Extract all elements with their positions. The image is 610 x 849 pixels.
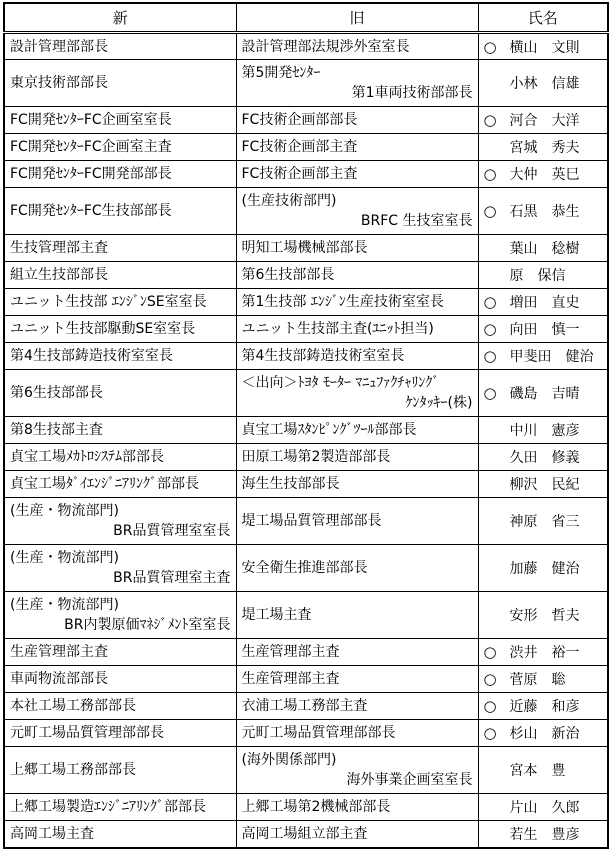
new-position-cell: 高岡工場主査 bbox=[4, 821, 236, 848]
old-position-cell: 上郷工場第2機械部部長 bbox=[236, 794, 478, 821]
new-position-cell-line: 元町工場品質管理部部長 bbox=[10, 723, 231, 743]
new-position-cell: 車両物流部部長 bbox=[4, 666, 236, 693]
old-position-cell: 明知工場機械部部長 bbox=[236, 235, 478, 262]
table-row: 本社工場工務部部長衣浦工場工務部主査○近藤 和彦 bbox=[4, 693, 608, 720]
old-position-cell-line: 明知工場機械部部長 bbox=[242, 238, 473, 258]
table-row: FC開発ｾﾝﾀｰFC開発部部長FC技術企画部主査○大仲 英巳 bbox=[4, 161, 608, 188]
name-cell: 神原 省三 bbox=[478, 498, 608, 545]
old-position-cell-line: 衣浦工場工務部主査 bbox=[242, 696, 473, 716]
old-position-cell-line: ｹﾝﾀｯｷｰ(株) bbox=[242, 393, 473, 413]
header-name: 氏名 bbox=[478, 3, 608, 33]
name-cell: 葉山 稔樹 bbox=[478, 235, 608, 262]
old-position-cell-line: 高岡工場組立部主査 bbox=[242, 824, 473, 844]
old-position-cell: 海生生技部部長 bbox=[236, 471, 478, 498]
old-position-cell: FC技術企画部部長 bbox=[236, 107, 478, 134]
new-position-cell-line: 高岡工場主査 bbox=[10, 824, 231, 844]
table-row: 上郷工場製造ｴﾝｼﾞﾆｱﾘﾝｸﾞ部部長上郷工場第2機械部部長片山 久郎 bbox=[4, 794, 608, 821]
old-position-cell-line: BRFC 生技室室長 bbox=[242, 211, 473, 231]
new-position-cell-line: 第4生技部鋳造技術室室長 bbox=[10, 346, 231, 366]
name-cell: ○大仲 英巳 bbox=[478, 161, 608, 188]
name-cell: ○磯島 吉晴 bbox=[478, 370, 608, 417]
old-position-cell-line: 第6生技部部長 bbox=[242, 265, 473, 285]
name-cell: ○向田 慎一 bbox=[478, 316, 608, 343]
promotion-circle-icon: ○ bbox=[484, 670, 510, 688]
table-row: FC開発ｾﾝﾀｰFC生技部部長(生産技術部門)BRFC 生技室室長○石黒 恭生 bbox=[4, 188, 608, 235]
new-position-cell-line: 東京技術部部長 bbox=[10, 73, 231, 93]
person-name: 宮城 秀夫 bbox=[510, 137, 580, 157]
name-cell: 安形 哲夫 bbox=[478, 592, 608, 639]
promotion-circle-icon: ○ bbox=[484, 384, 510, 402]
new-position-cell: 組立生技部部長 bbox=[4, 262, 236, 289]
header-row: 新 旧 氏名 bbox=[4, 3, 608, 33]
old-position-cell-line: 田原工場第2製造部部長 bbox=[242, 447, 473, 467]
new-position-cell-line: (生産・物流部門) bbox=[10, 548, 231, 568]
table-row: 貞宝工場ﾒｶﾄﾛｼｽﾃﾑ部部長田原工場第2製造部部長久田 修義 bbox=[4, 444, 608, 471]
new-position-cell: FC開発ｾﾝﾀｰFC開発部部長 bbox=[4, 161, 236, 188]
table-row: 車両物流部部長生産管理部主査○菅原 聡 bbox=[4, 666, 608, 693]
old-position-cell: FC技術企画部主査 bbox=[236, 161, 478, 188]
old-position-cell-line: 設計管理部法規渉外室室長 bbox=[242, 37, 473, 57]
person-name: 磯島 吉晴 bbox=[510, 383, 580, 403]
new-position-cell-line: FC開発ｾﾝﾀｰFC開発部部長 bbox=[10, 164, 231, 184]
name-cell: ○石黒 恭生 bbox=[478, 188, 608, 235]
name-cell: 片山 久郎 bbox=[478, 794, 608, 821]
old-position-cell: ユニット生技部主査(ﾕﾆｯﾄ担当) bbox=[236, 316, 478, 343]
new-position-cell: FC開発ｾﾝﾀｰFC生技部部長 bbox=[4, 188, 236, 235]
personnel-table: 新 旧 氏名 設計管理部部長設計管理部法規渉外室室長○横山 文則東京技術部部長第… bbox=[3, 2, 609, 849]
person-name: 宮本 豊 bbox=[510, 760, 566, 780]
old-position-cell-line: 堤工場主査 bbox=[242, 605, 473, 625]
table-row: 高岡工場主査高岡工場組立部主査若生 豊彦 bbox=[4, 821, 608, 848]
new-position-cell-line: 貞宝工場ﾀﾞｲｴﾝｼﾞﾆｱﾘﾝｸﾞ部部長 bbox=[10, 474, 231, 494]
new-position-cell-line: 上郷工場製造ｴﾝｼﾞﾆｱﾘﾝｸﾞ部部長 bbox=[10, 797, 231, 817]
old-position-cell: 安全衛生推進部部長 bbox=[236, 545, 478, 592]
person-name: 増田 直史 bbox=[510, 292, 580, 312]
new-position-cell: 元町工場品質管理部部長 bbox=[4, 720, 236, 747]
promotion-circle-icon: ○ bbox=[484, 320, 510, 338]
table-row: 第8生技部主査貞宝工場ｽﾀﾝﾋﾟﾝｸﾞﾂｰﾙ部部長中川 憲彦 bbox=[4, 417, 608, 444]
table-row: 組立生技部部長第6生技部部長原 保信 bbox=[4, 262, 608, 289]
new-position-cell-line: BR内製原価ﾏﾈｼﾞﾒﾝﾄ室室長 bbox=[10, 615, 231, 635]
header-old: 旧 bbox=[236, 3, 478, 33]
name-cell: 中川 憲彦 bbox=[478, 417, 608, 444]
new-position-cell-line: 上郷工場工務部部長 bbox=[10, 760, 231, 780]
name-cell: 原 保信 bbox=[478, 262, 608, 289]
old-position-cell-line: 生産管理部主査 bbox=[242, 669, 473, 689]
old-position-cell-line: 上郷工場第2機械部部長 bbox=[242, 797, 473, 817]
table-row: 貞宝工場ﾀﾞｲｴﾝｼﾞﾆｱﾘﾝｸﾞ部部長海生生技部部長柳沢 民紀 bbox=[4, 471, 608, 498]
new-position-cell-line: FC開発ｾﾝﾀｰFC企画室室長 bbox=[10, 110, 231, 130]
new-position-cell-line: 本社工場工務部部長 bbox=[10, 696, 231, 716]
new-position-cell-line: ユニット生技部 ｴﾝｼﾞﾝSE室室長 bbox=[10, 292, 231, 312]
person-name: 原 保信 bbox=[510, 265, 566, 285]
new-position-cell: 貞宝工場ﾀﾞｲｴﾝｼﾞﾆｱﾘﾝｸﾞ部部長 bbox=[4, 471, 236, 498]
person-name: 安形 哲夫 bbox=[510, 605, 580, 625]
new-position-cell: 生産管理部主査 bbox=[4, 639, 236, 666]
person-name: 片山 久郎 bbox=[510, 797, 580, 817]
old-position-cell-line: (生産技術部門) bbox=[242, 191, 473, 211]
old-position-cell-line: 第1車両技術部部長 bbox=[242, 83, 473, 103]
new-position-cell: (生産・物流部門)BR内製原価ﾏﾈｼﾞﾒﾝﾄ室室長 bbox=[4, 592, 236, 639]
table-row: ユニット生技部駆動SE室室長ユニット生技部主査(ﾕﾆｯﾄ担当)○向田 慎一 bbox=[4, 316, 608, 343]
new-position-cell: 上郷工場製造ｴﾝｼﾞﾆｱﾘﾝｸﾞ部部長 bbox=[4, 794, 236, 821]
name-cell: ○菅原 聡 bbox=[478, 666, 608, 693]
person-name: 中川 憲彦 bbox=[510, 420, 580, 440]
name-cell: 小林 信雄 bbox=[478, 60, 608, 107]
old-position-cell: ＜出向＞ﾄﾖﾀ ﾓｰﾀｰ ﾏﾆｭﾌｧｸﾁｬﾘﾝｸﾞｹﾝﾀｯｷｰ(株) bbox=[236, 370, 478, 417]
promotion-circle-icon: ○ bbox=[484, 724, 510, 742]
old-position-cell: 第1生技部 ｴﾝｼﾞﾝ生産技術室室長 bbox=[236, 289, 478, 316]
new-position-cell-line: 第8生技部主査 bbox=[10, 420, 231, 440]
name-cell: ○杉山 新治 bbox=[478, 720, 608, 747]
old-position-cell-line: ユニット生技部主査(ﾕﾆｯﾄ担当) bbox=[242, 319, 473, 339]
old-position-cell: 衣浦工場工務部主査 bbox=[236, 693, 478, 720]
old-position-cell-line: 元町工場品質管理部部長 bbox=[242, 723, 473, 743]
new-position-cell-line: BR品質管理室主査 bbox=[10, 568, 231, 588]
new-position-cell-line: BR品質管理室室長 bbox=[10, 521, 231, 541]
old-position-cell: 高岡工場組立部主査 bbox=[236, 821, 478, 848]
table-row: 東京技術部部長第5開発ｾﾝﾀｰ第1車両技術部部長小林 信雄 bbox=[4, 60, 608, 107]
table-row: FC開発ｾﾝﾀｰFC企画室室長FC技術企画部部長○河合 大洋 bbox=[4, 107, 608, 134]
old-position-cell-line: 第4生技部鋳造技術室室長 bbox=[242, 346, 473, 366]
new-position-cell: 貞宝工場ﾒｶﾄﾛｼｽﾃﾑ部部長 bbox=[4, 444, 236, 471]
old-position-cell-line: 海生生技部部長 bbox=[242, 474, 473, 494]
old-position-cell-line: FC技術企画部主査 bbox=[242, 137, 473, 157]
new-position-cell-line: 生産管理部主査 bbox=[10, 642, 231, 662]
new-position-cell-line: 貞宝工場ﾒｶﾄﾛｼｽﾃﾑ部部長 bbox=[10, 447, 231, 467]
old-position-cell: 堤工場品質管理部部長 bbox=[236, 498, 478, 545]
name-cell: 宮本 豊 bbox=[478, 747, 608, 794]
table-row: FC開発ｾﾝﾀｰFC企画室主査FC技術企画部主査宮城 秀夫 bbox=[4, 134, 608, 161]
table-row: (生産・物流部門)BR品質管理室室長堤工場品質管理部部長神原 省三 bbox=[4, 498, 608, 545]
old-position-cell: FC技術企画部主査 bbox=[236, 134, 478, 161]
old-position-cell: 第4生技部鋳造技術室室長 bbox=[236, 343, 478, 370]
new-position-cell-line: FC開発ｾﾝﾀｰFC生技部部長 bbox=[10, 201, 231, 221]
person-name: 加藤 健治 bbox=[510, 558, 580, 578]
person-name: 石黒 恭生 bbox=[510, 201, 580, 221]
promotion-circle-icon: ○ bbox=[484, 111, 510, 129]
old-position-cell-line: (海外関係部門) bbox=[242, 750, 473, 770]
new-position-cell: 生技管理部主査 bbox=[4, 235, 236, 262]
old-position-cell: 設計管理部法規渉外室室長 bbox=[236, 33, 478, 60]
promotion-circle-icon: ○ bbox=[484, 347, 510, 365]
person-name: 河合 大洋 bbox=[510, 110, 580, 130]
personnel-change-table-page: 新 旧 氏名 設計管理部部長設計管理部法規渉外室室長○横山 文則東京技術部部長第… bbox=[0, 0, 610, 847]
person-name: 甲斐田 健治 bbox=[510, 346, 594, 366]
old-position-cell: 生産管理部主査 bbox=[236, 666, 478, 693]
table-body: 設計管理部部長設計管理部法規渉外室室長○横山 文則東京技術部部長第5開発ｾﾝﾀｰ… bbox=[4, 33, 608, 848]
table-row: 第4生技部鋳造技術室室長第4生技部鋳造技術室室長○甲斐田 健治 bbox=[4, 343, 608, 370]
new-position-cell: ユニット生技部 ｴﾝｼﾞﾝSE室室長 bbox=[4, 289, 236, 316]
new-position-cell: FC開発ｾﾝﾀｰFC企画室主査 bbox=[4, 134, 236, 161]
new-position-cell: FC開発ｾﾝﾀｰFC企画室室長 bbox=[4, 107, 236, 134]
name-cell: ○甲斐田 健治 bbox=[478, 343, 608, 370]
name-cell: 宮城 秀夫 bbox=[478, 134, 608, 161]
person-name: 横山 文則 bbox=[510, 37, 580, 57]
promotion-circle-icon: ○ bbox=[484, 643, 510, 661]
name-cell: ○横山 文則 bbox=[478, 33, 608, 60]
new-position-cell-line: 組立生技部部長 bbox=[10, 265, 231, 285]
new-position-cell: 第4生技部鋳造技術室室長 bbox=[4, 343, 236, 370]
new-position-cell: 第6生技部部長 bbox=[4, 370, 236, 417]
new-position-cell: 上郷工場工務部部長 bbox=[4, 747, 236, 794]
new-position-cell: 東京技術部部長 bbox=[4, 60, 236, 107]
new-position-cell: 第8生技部主査 bbox=[4, 417, 236, 444]
old-position-cell-line: 堤工場品質管理部部長 bbox=[242, 511, 473, 531]
new-position-cell-line: 第6生技部部長 bbox=[10, 383, 231, 403]
old-position-cell-line: 生産管理部主査 bbox=[242, 642, 473, 662]
new-position-cell: ユニット生技部駆動SE室室長 bbox=[4, 316, 236, 343]
old-position-cell-line: 第1生技部 ｴﾝｼﾞﾝ生産技術室室長 bbox=[242, 292, 473, 312]
new-position-cell: (生産・物流部門)BR品質管理室室長 bbox=[4, 498, 236, 545]
old-position-cell: (海外関係部門)海外事業企画室室長 bbox=[236, 747, 478, 794]
name-cell: 久田 修義 bbox=[478, 444, 608, 471]
old-position-cell-line: 海外事業企画室室長 bbox=[242, 770, 473, 790]
new-position-cell-line: ユニット生技部駆動SE室室長 bbox=[10, 319, 231, 339]
table-row: 生技管理部主査明知工場機械部部長葉山 稔樹 bbox=[4, 235, 608, 262]
new-position-cell: 設計管理部部長 bbox=[4, 33, 236, 60]
new-position-cell: (生産・物流部門)BR品質管理室主査 bbox=[4, 545, 236, 592]
promotion-circle-icon: ○ bbox=[484, 293, 510, 311]
old-position-cell-line: 安全衛生推進部部長 bbox=[242, 558, 473, 578]
person-name: 若生 豊彦 bbox=[510, 824, 580, 844]
old-position-cell-line: 第5開発ｾﾝﾀｰ bbox=[242, 63, 473, 83]
person-name: 近藤 和彦 bbox=[510, 696, 580, 716]
name-cell: 柳沢 民紀 bbox=[478, 471, 608, 498]
promotion-circle-icon: ○ bbox=[484, 38, 510, 56]
table-row: 元町工場品質管理部部長元町工場品質管理部部長○杉山 新治 bbox=[4, 720, 608, 747]
person-name: 葉山 稔樹 bbox=[510, 238, 580, 258]
table-row: 第6生技部部長＜出向＞ﾄﾖﾀ ﾓｰﾀｰ ﾏﾆｭﾌｧｸﾁｬﾘﾝｸﾞｹﾝﾀｯｷｰ(株… bbox=[4, 370, 608, 417]
old-position-cell: 田原工場第2製造部部長 bbox=[236, 444, 478, 471]
old-position-cell: (生産技術部門)BRFC 生技室室長 bbox=[236, 188, 478, 235]
new-position-cell-line: 車両物流部部長 bbox=[10, 669, 231, 689]
name-cell: ○近藤 和彦 bbox=[478, 693, 608, 720]
name-cell: ○河合 大洋 bbox=[478, 107, 608, 134]
table-row: 上郷工場工務部部長(海外関係部門)海外事業企画室室長宮本 豊 bbox=[4, 747, 608, 794]
name-cell: ○渋井 裕一 bbox=[478, 639, 608, 666]
promotion-circle-icon: ○ bbox=[484, 165, 510, 183]
new-position-cell-line: FC開発ｾﾝﾀｰFC企画室主査 bbox=[10, 137, 231, 157]
person-name: 小林 信雄 bbox=[510, 73, 580, 93]
name-cell: 若生 豊彦 bbox=[478, 821, 608, 848]
header-new: 新 bbox=[4, 3, 236, 33]
table-row: 生産管理部主査生産管理部主査○渋井 裕一 bbox=[4, 639, 608, 666]
table-row: (生産・物流部門)BR内製原価ﾏﾈｼﾞﾒﾝﾄ室室長堤工場主査安形 哲夫 bbox=[4, 592, 608, 639]
new-position-cell-line: 設計管理部部長 bbox=[10, 37, 231, 57]
new-position-cell-line: 生技管理部主査 bbox=[10, 238, 231, 258]
old-position-cell-line: 貞宝工場ｽﾀﾝﾋﾟﾝｸﾞﾂｰﾙ部部長 bbox=[242, 420, 473, 440]
table-row: ユニット生技部 ｴﾝｼﾞﾝSE室室長第1生技部 ｴﾝｼﾞﾝ生産技術室室長○増田 … bbox=[4, 289, 608, 316]
old-position-cell: 元町工場品質管理部部長 bbox=[236, 720, 478, 747]
person-name: 神原 省三 bbox=[510, 511, 580, 531]
name-cell: ○増田 直史 bbox=[478, 289, 608, 316]
new-position-cell-line: (生産・物流部門) bbox=[10, 501, 231, 521]
person-name: 大仲 英巳 bbox=[510, 164, 580, 184]
old-position-cell: 堤工場主査 bbox=[236, 592, 478, 639]
name-cell: 加藤 健治 bbox=[478, 545, 608, 592]
old-position-cell-line: FC技術企画部主査 bbox=[242, 164, 473, 184]
promotion-circle-icon: ○ bbox=[484, 697, 510, 715]
old-position-cell: 第6生技部部長 bbox=[236, 262, 478, 289]
person-name: 柳沢 民紀 bbox=[510, 474, 580, 494]
person-name: 渋井 裕一 bbox=[510, 642, 580, 662]
table-row: 設計管理部部長設計管理部法規渉外室室長○横山 文則 bbox=[4, 33, 608, 60]
promotion-circle-icon: ○ bbox=[484, 202, 510, 220]
new-position-cell-line: (生産・物流部門) bbox=[10, 595, 231, 615]
old-position-cell: 生産管理部主査 bbox=[236, 639, 478, 666]
person-name: 久田 修義 bbox=[510, 447, 580, 467]
person-name: 向田 慎一 bbox=[510, 319, 580, 339]
old-position-cell: 貞宝工場ｽﾀﾝﾋﾟﾝｸﾞﾂｰﾙ部部長 bbox=[236, 417, 478, 444]
table-row: (生産・物流部門)BR品質管理室主査安全衛生推進部部長加藤 健治 bbox=[4, 545, 608, 592]
old-position-cell-line: ＜出向＞ﾄﾖﾀ ﾓｰﾀｰ ﾏﾆｭﾌｧｸﾁｬﾘﾝｸﾞ bbox=[242, 373, 473, 393]
old-position-cell-line: FC技術企画部部長 bbox=[242, 110, 473, 130]
old-position-cell: 第5開発ｾﾝﾀｰ第1車両技術部部長 bbox=[236, 60, 478, 107]
new-position-cell: 本社工場工務部部長 bbox=[4, 693, 236, 720]
person-name: 菅原 聡 bbox=[510, 669, 566, 689]
person-name: 杉山 新治 bbox=[510, 723, 580, 743]
